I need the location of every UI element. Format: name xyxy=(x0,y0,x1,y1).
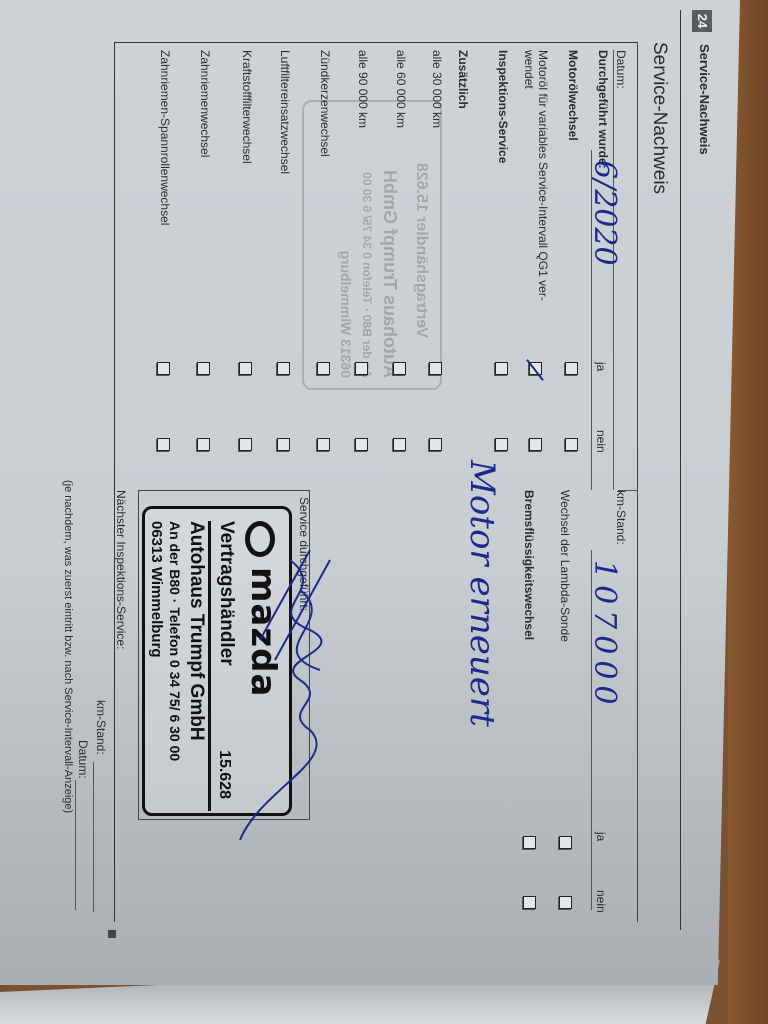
checkbox-qg1-oil-ja[interactable] xyxy=(529,362,542,375)
date-handwritten[interactable]: 6/2020 xyxy=(587,160,622,266)
checkbox-90000-ja[interactable] xyxy=(355,362,368,375)
km-underline xyxy=(591,550,592,910)
item-label: Zahnriemen-Spannrollenwechsel xyxy=(158,50,172,225)
next-service-label: Nächster Inspektions-Service: xyxy=(114,490,128,649)
checkbox-spannrolle-ja[interactable] xyxy=(157,362,170,375)
checkbox-motoroelwechsel-ja[interactable] xyxy=(565,362,578,375)
checkbox-kraftstofffilter-ja[interactable] xyxy=(239,362,252,375)
checkbox-zahnriemen-ja[interactable] xyxy=(197,362,210,375)
date-rule xyxy=(613,50,614,490)
item-label: Zahnriemenwechsel xyxy=(198,50,212,157)
checkbox-qg1-oil-nein[interactable] xyxy=(529,438,542,451)
col-nein-left: nein xyxy=(594,430,608,453)
checkbox-kraftstofffilter-nein[interactable] xyxy=(239,438,252,451)
checkbox-zuendkerzen-nein[interactable] xyxy=(317,438,330,451)
checkbox-lambda-nein[interactable] xyxy=(559,896,572,909)
checkbox-inspektion-ja[interactable] xyxy=(495,362,508,375)
checkbox-spannrolle-nein[interactable] xyxy=(157,438,170,451)
checkbox-30000-ja[interactable] xyxy=(429,362,442,375)
km-handwritten[interactable]: 107000 xyxy=(587,560,622,711)
checkbox-30000-nein[interactable] xyxy=(429,438,442,451)
checkbox-zahnriemen-nein[interactable] xyxy=(197,438,210,451)
col-ja-left: ja xyxy=(594,362,608,371)
km-label: km-Stand: xyxy=(614,490,628,545)
item-label: Motoröl für variables Service-Intervall … xyxy=(536,50,550,301)
checkbox-60000-ja[interactable] xyxy=(393,362,406,375)
checkbox-bremsfluessigkeit-ja[interactable] xyxy=(523,836,536,849)
col-ja-right: ja xyxy=(594,832,608,841)
signature xyxy=(230,530,370,850)
corner-marker xyxy=(108,930,116,938)
col-nein-right: nein xyxy=(594,890,608,913)
item-label: Inspektions-Service xyxy=(496,50,510,163)
page-number: 24 xyxy=(692,10,712,32)
next-date-field[interactable] xyxy=(75,780,76,910)
footnote: (je nachdem, was zuerst eintritt bzw. na… xyxy=(62,480,74,813)
header-section-title: Service-Nachweis xyxy=(697,44,712,155)
item-label: Bremsflüssigkeitswechsel xyxy=(522,490,536,640)
page-header: 24 Service-Nachweis xyxy=(680,10,720,930)
stamp-line3: An der B80 · Telefon 0 34 75/ 6 30 00 xyxy=(167,521,183,761)
item-label: alle 30 000 km xyxy=(430,50,444,128)
checkbox-motoroelwechsel-nein[interactable] xyxy=(565,438,578,451)
service-record-document: 24 Service-Nachweis Service-Nachweis Ver… xyxy=(80,10,720,930)
handwritten-note[interactable]: Motor erneuert xyxy=(462,460,502,727)
checkbox-bremsfluessigkeit-nein[interactable] xyxy=(523,896,536,909)
item-label-cont: wendet xyxy=(522,50,536,89)
stamp-divider xyxy=(208,521,211,811)
checkbox-inspektion-nein[interactable] xyxy=(495,438,508,451)
date-label: Datum: xyxy=(614,50,628,89)
performed-label: Durchgeführt wurde: xyxy=(596,50,610,169)
additional-label: Zusätzlich xyxy=(456,50,470,109)
page-title: Service-Nachweis xyxy=(648,42,670,194)
item-label: Wechsel der Lambda-Sonde xyxy=(558,490,572,642)
next-km-field[interactable] xyxy=(93,762,94,912)
checkbox-zuendkerzen-ja[interactable] xyxy=(317,362,330,375)
item-label: Zündkerzenwechsel xyxy=(318,50,332,157)
checkbox-lambda-ja[interactable] xyxy=(559,836,572,849)
checkbox-60000-nein[interactable] xyxy=(393,438,406,451)
date-underline xyxy=(591,150,592,490)
stamp-line4: 06313 Wimmelburg xyxy=(148,521,165,658)
item-label: Kraftstofffilterwechsel xyxy=(240,50,254,164)
checkbox-90000-nein[interactable] xyxy=(355,438,368,451)
checkbox-luftfilter-nein[interactable] xyxy=(277,438,290,451)
next-km-label: km-Stand: xyxy=(94,700,108,755)
item-label: alle 90 000 km xyxy=(356,50,370,128)
item-label: Luftfiltereinsatzwechsel xyxy=(278,50,292,174)
checkbox-luftfilter-ja[interactable] xyxy=(277,362,290,375)
item-label: Motorölwechsel xyxy=(566,50,580,141)
next-date-label: Datum: xyxy=(76,740,90,779)
stamp-line2: Autohaus Trumpf GmbH xyxy=(185,521,207,741)
item-label: alle 60 000 km xyxy=(394,50,408,128)
